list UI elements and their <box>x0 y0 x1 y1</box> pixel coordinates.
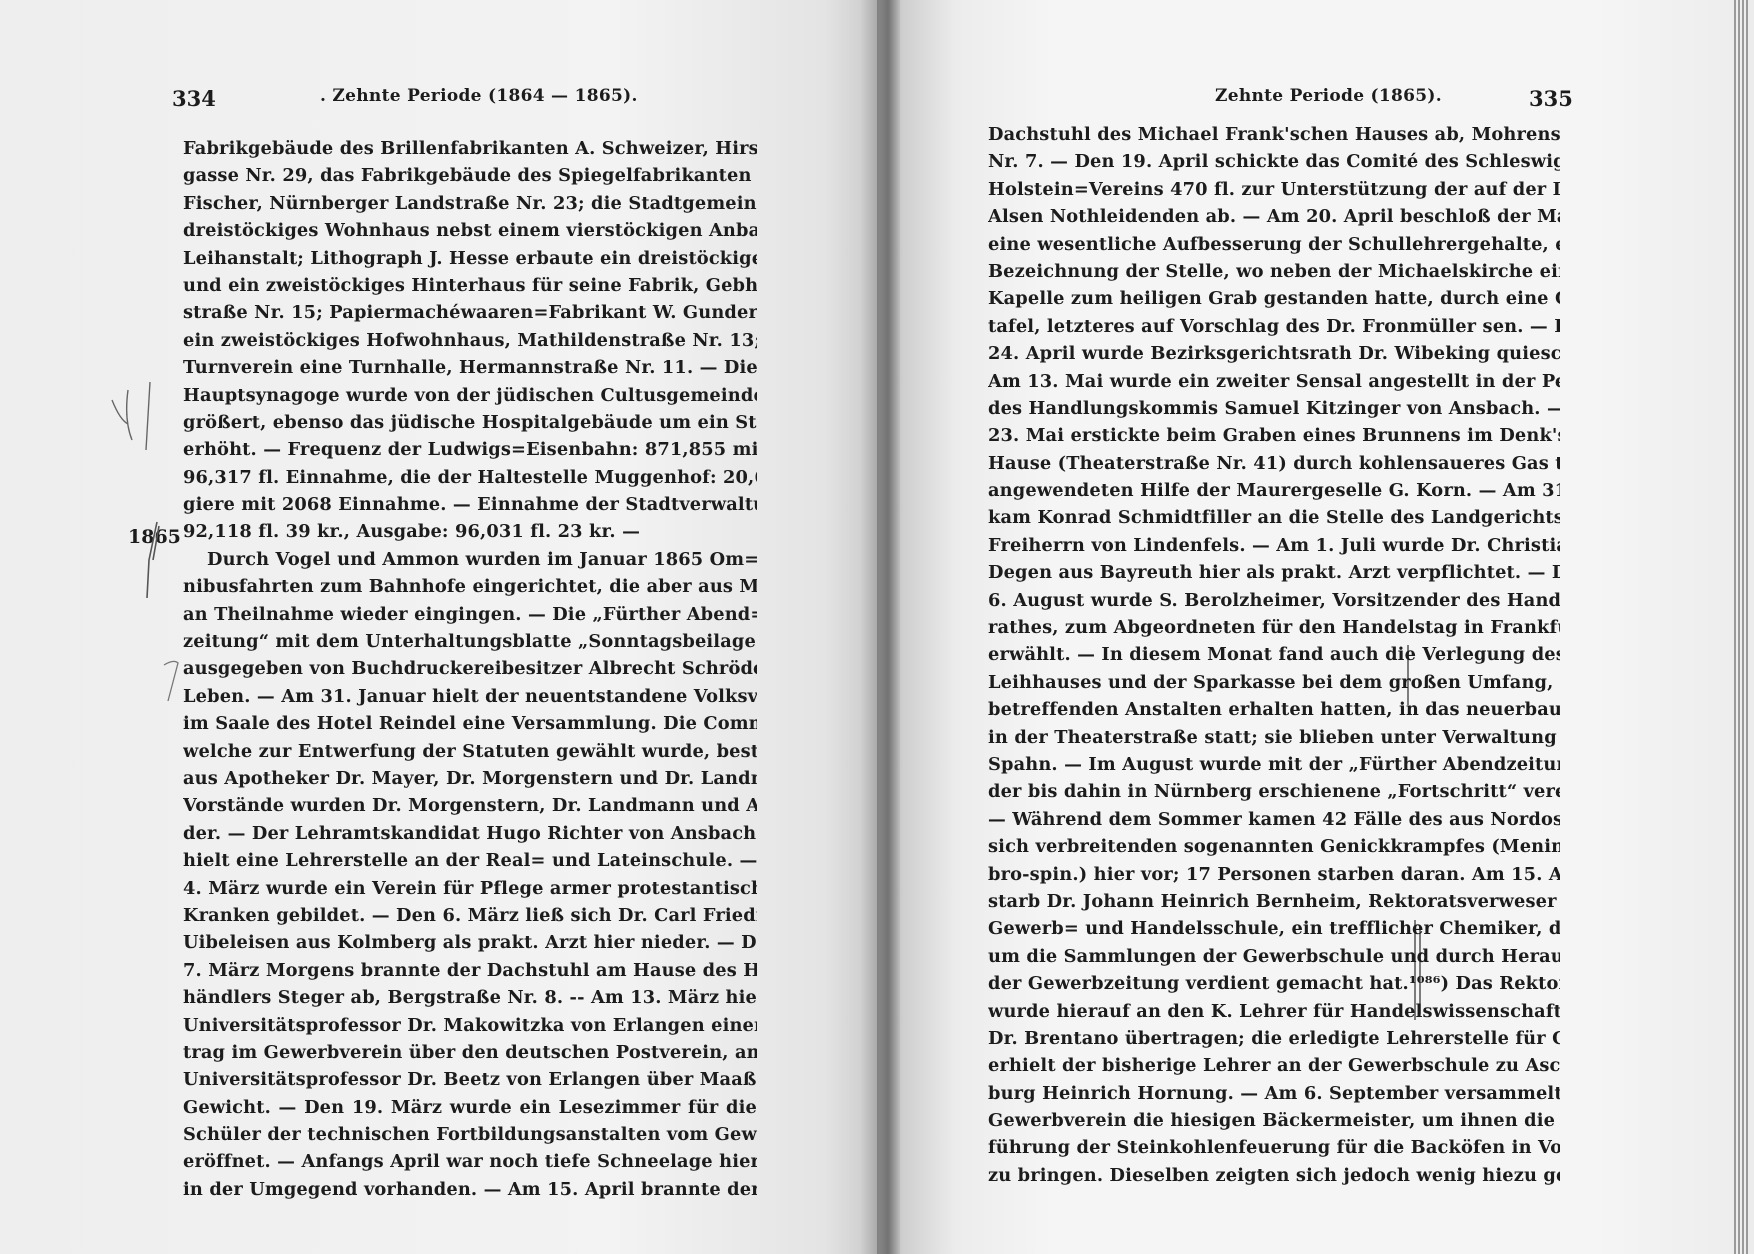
text-line: an Theilnahme wieder eingingen. — Die „F… <box>183 601 757 628</box>
right-page-number: 335 <box>1529 86 1573 111</box>
text-line: Gewerbverein die hiesigen Bäckermeister,… <box>988 1107 1560 1134</box>
text-line: Vorstände wurden Dr. Morgenstern, Dr. La… <box>183 792 757 819</box>
text-line: Fischer, Nürnberger Landstraße Nr. 23; d… <box>183 190 757 217</box>
text-line: sich verbreitenden sogenannten Genickkra… <box>988 833 1560 860</box>
text-line: trag im Gewerbverein über den deutschen … <box>183 1039 757 1066</box>
text-line: des Handlungskommis Samuel Kitzinger von… <box>988 395 1560 422</box>
text-line: ausgegeben von Buchdruckereibesitzer Alb… <box>183 655 757 682</box>
text-line: Gewerb= und Handelsschule, ein trefflich… <box>988 915 1560 942</box>
text-line: dreistöckiges Wohnhaus nebst einem viers… <box>183 217 757 244</box>
left-running-head: . Zehnte Periode (1864 — 1865). <box>320 86 638 116</box>
book-spread: 334 . Zehnte Periode (1864 — 1865). Zehn… <box>0 0 1754 1254</box>
text-line: 6. August wurde S. Berolzheimer, Vorsitz… <box>988 587 1560 614</box>
text-line: größert, ebenso das jüdische Hospitalgeb… <box>183 409 757 436</box>
text-line: Freiherrn von Lindenfels. — Am 1. Juli w… <box>988 532 1560 559</box>
text-line: Leihhauses und der Sparkasse bei dem gro… <box>988 669 1560 696</box>
text-line: burg Heinrich Hornung. — Am 6. September… <box>988 1080 1560 1107</box>
text-line: Turnverein eine Turnhalle, Hermannstraße… <box>183 354 757 381</box>
text-line: Nr. 7. — Den 19. April schickte das Comi… <box>988 148 1560 175</box>
text-line: Durch Vogel und Ammon wurden im Januar 1… <box>183 546 757 573</box>
text-line: Leben. — Am 31. Januar hielt der neuents… <box>183 683 757 710</box>
text-line: aus Apotheker Dr. Mayer, Dr. Morgenstern… <box>183 765 757 792</box>
right-page-text: Dachstuhl des Michael Frank'schen Hauses… <box>988 121 1560 1189</box>
text-line: Schüler der technischen Fortbildungsanst… <box>183 1121 757 1148</box>
text-line: welche zur Entwerfung der Statuten gewäh… <box>183 738 757 765</box>
text-line: der Gewerbzeitung verdient gemacht hat.¹… <box>988 970 1560 997</box>
text-line: nibusfahrten zum Bahnhofe eingerichtet, … <box>183 573 757 600</box>
text-line: Bezeichnung der Stelle, wo neben der Mic… <box>988 258 1560 285</box>
text-line: im Saale des Hotel Reindel eine Versamml… <box>183 710 757 737</box>
text-line: 7. März Morgens brannte der Dachstuhl am… <box>183 957 757 984</box>
text-line: Gewicht. — Den 19. März wurde ein Lesezi… <box>183 1094 757 1121</box>
text-line: zeitung“ mit dem Unterhaltungsblatte „So… <box>183 628 757 655</box>
text-line: bro-spin.) hier vor; 17 Personen starben… <box>988 861 1560 888</box>
text-line: eröffnet. — Anfangs April war noch tiefe… <box>183 1148 757 1175</box>
text-line: Spahn. — Im August wurde mit der „Fürthe… <box>988 751 1560 778</box>
text-line: erhielt der bisherige Lehrer an der Gewe… <box>988 1052 1560 1079</box>
text-line: erwählt. — In diesem Monat fand auch die… <box>988 641 1560 668</box>
text-line: rathes, zum Abgeordneten für den Handels… <box>988 614 1560 641</box>
text-line: hielt eine Lehrerstelle an der Real= und… <box>183 847 757 874</box>
right-running-head: Zehnte Periode (1865). <box>1215 86 1442 116</box>
text-line: tafel, letzteres auf Vorschlag des Dr. F… <box>988 313 1560 340</box>
text-line: — Während dem Sommer kamen 42 Fälle des … <box>988 806 1560 833</box>
text-line: Universitätsprofessor Dr. Beetz von Erla… <box>183 1066 757 1093</box>
left-page-number: 334 <box>172 86 216 111</box>
text-line: Dachstuhl des Michael Frank'schen Hauses… <box>988 121 1560 148</box>
text-line: giere mit 2068 Einnahme. — Einnahme der … <box>183 491 757 518</box>
text-line: Leihanstalt; Lithograph J. Hesse erbaute… <box>183 245 757 272</box>
text-line: um die Sammlungen der Gewerbschule und d… <box>988 943 1560 970</box>
text-line: zu bringen. Dieselben zeigten sich jedoc… <box>988 1162 1560 1189</box>
text-line: kam Konrad Schmidtfiller an die Stelle d… <box>988 504 1560 531</box>
text-line: Kapelle zum heiligen Grab gestanden hatt… <box>988 285 1560 312</box>
text-line: der. — Der Lehramtskandidat Hugo Richter… <box>183 820 757 847</box>
book-gutter <box>860 0 900 1254</box>
text-line: eine wesentliche Aufbesserung der Schull… <box>988 231 1560 258</box>
text-line: 24. April wurde Bezirksgerichtsrath Dr. … <box>988 340 1560 367</box>
text-line: 4. März wurde ein Verein für Pflege arme… <box>183 875 757 902</box>
text-line: der bis dahin in Nürnberg erschienene „F… <box>988 778 1560 805</box>
text-line: Kranken gebildet. — Den 6. März ließ sic… <box>183 902 757 929</box>
text-line: 96,317 fl. Einnahme, die der Haltestelle… <box>183 464 757 491</box>
text-line: Hause (Theaterstraße Nr. 41) durch kohle… <box>988 450 1560 477</box>
text-line: starb Dr. Johann Heinrich Bernheim, Rekt… <box>988 888 1560 915</box>
pencil-mark-icon <box>110 380 160 460</box>
text-line: in der Theaterstraße statt; sie blieben … <box>988 724 1560 751</box>
text-line: Fabrikgebäude des Brillenfabrikanten A. … <box>183 135 757 162</box>
text-line: in der Umgegend vorhanden. — Am 15. Apri… <box>183 1176 757 1203</box>
text-line: Am 13. Mai wurde ein zweiter Sensal ange… <box>988 368 1560 395</box>
text-line: straße Nr. 15; Papiermachéwaaren=Fabrika… <box>183 299 757 326</box>
text-line: Universitätsprofessor Dr. Makowitzka von… <box>183 1012 757 1039</box>
text-line: Dr. Brentano übertragen; die erledigte L… <box>988 1025 1560 1052</box>
page-edge <box>1734 0 1748 1254</box>
text-line: Uibeleisen aus Kolmberg als prakt. Arzt … <box>183 929 757 956</box>
text-line: Holstein=Vereins 470 fl. zur Unterstützu… <box>988 176 1560 203</box>
text-line: angewendeten Hilfe der Maurergeselle G. … <box>988 477 1560 504</box>
text-line: führung der Steinkohlenfeuerung für die … <box>988 1134 1560 1161</box>
text-line: Alsen Nothleidenden ab. — Am 20. April b… <box>988 203 1560 230</box>
text-line: 92,118 fl. 39 kr., Ausgabe: 96,031 fl. 2… <box>183 518 757 545</box>
pencil-bracket-icon <box>143 520 163 600</box>
text-line: 23. Mai erstickte beim Graben eines Brun… <box>988 422 1560 449</box>
text-line: ein zweistöckiges Hofwohnhaus, Mathilden… <box>183 327 757 354</box>
text-line: betreffenden Anstalten erhalten hatten, … <box>988 696 1560 723</box>
text-line: und ein zweistöckiges Hinterhaus für sei… <box>183 272 757 299</box>
text-line: wurde hierauf an den K. Lehrer für Hande… <box>988 998 1560 1025</box>
text-line: Degen aus Bayreuth hier als prakt. Arzt … <box>988 559 1560 586</box>
text-line: händlers Steger ab, Bergstraße Nr. 8. --… <box>183 984 757 1011</box>
text-line: Hauptsynagoge wurde von der jüdischen Cu… <box>183 382 757 409</box>
left-page-text: Fabrikgebäude des Brillenfabrikanten A. … <box>183 135 757 1203</box>
text-line: gasse Nr. 29, das Fabrikgebäude des Spie… <box>183 162 757 189</box>
text-line: erhöht. — Frequenz der Ludwigs=Eisenbahn… <box>183 436 757 463</box>
